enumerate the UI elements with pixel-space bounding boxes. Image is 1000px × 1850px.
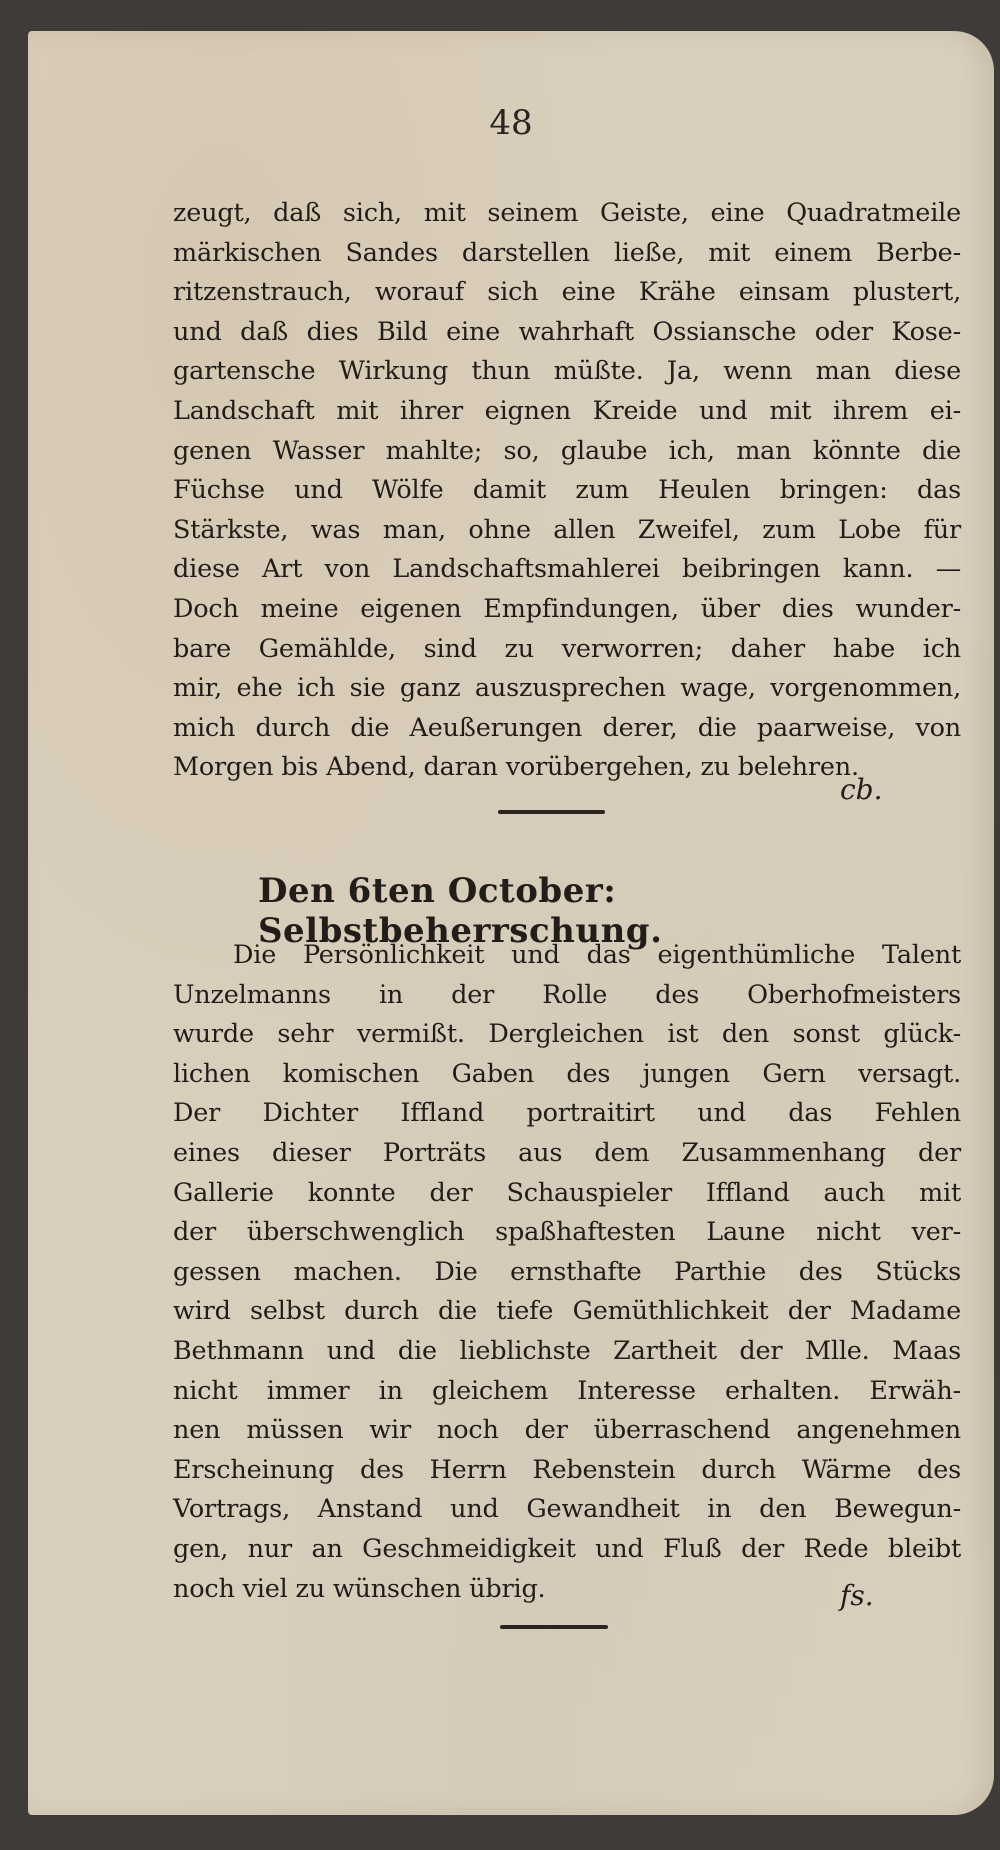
text-line: genen Wasser mahlte; so, glaube ich, man… <box>173 432 961 472</box>
text-line: märkischen Sandes darstellen ließe, mit … <box>173 234 961 274</box>
text-line: Füchse und Wölfe damit zum Heulen bringe… <box>173 471 961 511</box>
author-signature-2: fs. <box>840 1579 874 1612</box>
text-line: Stärkste, was man, ohne allen Zweifel, z… <box>173 511 961 551</box>
text-line: Der Dichter Iffland portraitirt und das … <box>173 1094 961 1134</box>
text-line: gartensche Wirkung thun müßte. Ja, wenn … <box>173 352 961 392</box>
book-page: 48 zeugt, daß sich, mit seinem Geiste, e… <box>28 31 994 1815</box>
text-line: wird selbst durch die tiefe Gemüthlichke… <box>173 1292 961 1332</box>
text-line: Unzelmanns in der Rolle des Oberhofmeist… <box>173 976 961 1016</box>
text-line: Doch meine eigenen Empfindungen, über di… <box>173 590 961 630</box>
text-line: gessen machen. Die ernsthafte Parthie de… <box>173 1253 961 1293</box>
text-line: ritzenstrauch, worauf sich eine Krähe ei… <box>173 273 961 313</box>
text-line: gen, nur an Geschmeidigkeit und Fluß der… <box>173 1530 961 1570</box>
text-line: mir, ehe ich sie ganz auszusprechen wage… <box>173 669 961 709</box>
text-line: und daß dies Bild eine wahrhaft Ossiansc… <box>173 313 961 353</box>
text-line: mich durch die Aeußerungen derer, die pa… <box>173 709 961 749</box>
text-line: diese Art von Landschaftsmahlerei beibri… <box>173 550 961 590</box>
text-line: Bethmann und die lieblichste Zartheit de… <box>173 1332 961 1372</box>
text-line: Landschaft mit ihrer eignen Kreide und m… <box>173 392 961 432</box>
section-2-text: Die Persönlichkeit und das eigenthümlich… <box>173 936 961 1609</box>
text-line: wurde sehr vermißt. Dergleichen ist den … <box>173 1015 961 1055</box>
section-1-text: zeugt, daß sich, mit seinem Geiste, eine… <box>173 194 961 788</box>
text-line: eines dieser Porträts aus dem Zusammenha… <box>173 1134 961 1174</box>
text-line: bare Gemählde, sind zu verworren; daher … <box>173 630 961 670</box>
author-signature-1: cb. <box>840 773 883 806</box>
section-divider-2 <box>500 1625 608 1629</box>
text-line: zeugt, daß sich, mit seinem Geiste, eine… <box>173 194 961 234</box>
text-line: Die Persönlichkeit und das eigenthümlich… <box>173 936 961 976</box>
section-divider-1 <box>498 810 605 814</box>
text-line: lichen komischen Gaben des jungen Gern v… <box>173 1055 961 1095</box>
page-number: 48 <box>28 103 994 143</box>
text-line: nicht immer in gleichem Interesse erhalt… <box>173 1372 961 1412</box>
text-line: nen müssen wir noch der überraschend ang… <box>173 1411 961 1451</box>
text-line: Erscheinung des Herrn Rebenstein durch W… <box>173 1451 961 1491</box>
text-line: der überschwenglich spaßhaftesten Laune … <box>173 1213 961 1253</box>
text-line: Vortrags, Anstand und Gewandheit in den … <box>173 1490 961 1530</box>
text-line: Gallerie konnte der Schauspieler Iffland… <box>173 1174 961 1214</box>
